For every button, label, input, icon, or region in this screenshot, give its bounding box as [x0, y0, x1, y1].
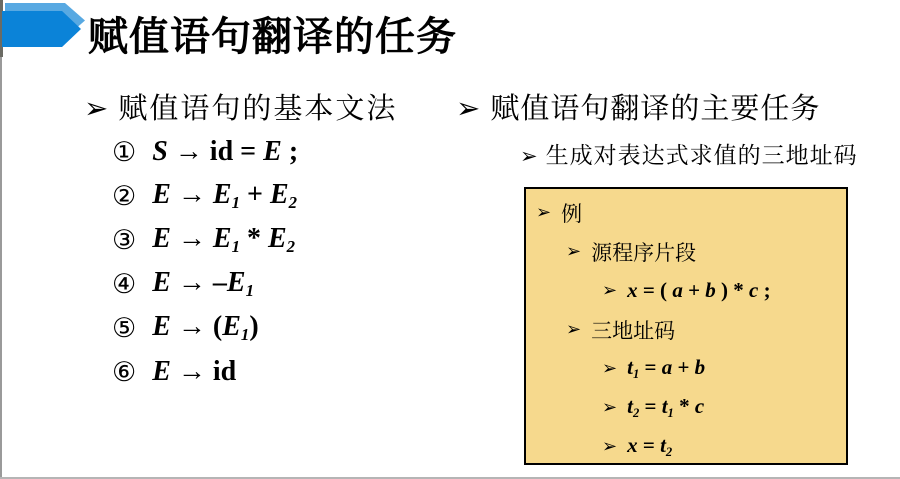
formula-seg: → — [168, 136, 210, 167]
right-subheading-text: 生成对表达式求值的三地址码 — [546, 143, 858, 168]
arrowhead-bullet-icon: ➢ — [602, 280, 617, 301]
example-line: ➢x = t2 — [526, 427, 846, 465]
arrowhead-bullet-icon: ➢ — [602, 358, 617, 379]
formula-seg: x — [627, 278, 638, 302]
production-number: ② — [112, 181, 136, 212]
formula-seg: = — [639, 394, 661, 418]
formula-seg: * — [674, 394, 695, 418]
formula-seg: → — [171, 267, 213, 298]
formula-seg: a — [672, 278, 683, 302]
formula-seg: 1 — [246, 281, 254, 300]
arrowhead-bullet-icon: ➢ — [536, 202, 551, 223]
formula-seg: E — [152, 223, 171, 254]
arrowhead-bullet-icon: ➢ — [602, 397, 617, 418]
arrowhead-bullet-icon: ➢ — [84, 93, 108, 125]
formula-seg: = — [639, 355, 661, 379]
formula-seg: 1 — [232, 193, 240, 212]
formula-seg: a — [662, 355, 673, 379]
production-number: ⑥ — [112, 357, 136, 388]
formula-seg: ( — [213, 311, 222, 342]
formula-seg: S — [152, 136, 168, 167]
formula-seg: id — [210, 136, 233, 167]
formula-seg: E — [268, 223, 287, 254]
example-line: ➢t1 = a + b — [526, 349, 846, 388]
production-number: ③ — [112, 225, 136, 256]
example-line-text: x = t2 — [627, 433, 672, 460]
left-heading-text: 赋值语句的基本文法 — [118, 93, 397, 125]
example-line-text: t2 = t1 * c — [627, 394, 704, 421]
formula-seg: 源程序片段 — [591, 241, 696, 265]
formula-seg: E — [222, 311, 241, 342]
production-formula: S → id = E ; — [152, 136, 298, 168]
left-heading: ➢赋值语句的基本文法 — [84, 86, 397, 127]
formula-seg: c — [695, 394, 704, 418]
example-line: ➢t2 = t1 * c — [526, 388, 846, 427]
formula-seg: → — [171, 179, 213, 210]
arrowhead-bullet-icon: ➢ — [566, 319, 581, 340]
formula-seg: E — [152, 267, 171, 298]
formula-seg: ) * — [716, 278, 749, 302]
example-line: ➢三地址码 — [526, 310, 846, 349]
formula-seg: E — [152, 356, 171, 387]
formula-seg: b — [705, 278, 716, 302]
right-subheading: ➢生成对表达式求值的三地址码 — [520, 137, 858, 170]
formula-seg: E — [227, 267, 246, 298]
formula-seg: 三地址码 — [591, 319, 675, 343]
production-formula: E → (E1) — [152, 311, 258, 345]
formula-seg: E — [263, 136, 282, 167]
example-line: ➢例 — [526, 193, 846, 232]
arrowhead-bullet-icon: ➢ — [566, 241, 581, 262]
production-formula: E → id — [152, 356, 236, 388]
production-row: ①S → id = E ; — [112, 130, 298, 174]
formula-seg: x — [627, 433, 638, 457]
production-number: ④ — [112, 269, 136, 300]
formula-seg: → — [171, 223, 213, 254]
slide-title: 赋值语句翻译的任务 — [88, 5, 457, 62]
grammar-productions-list: ①S → id = E ;②E → E1 + E2③E → E1 * E2④E … — [112, 130, 298, 394]
production-number: ⑤ — [112, 313, 136, 344]
formula-seg: + — [240, 179, 270, 210]
example-line-text: x = ( a + b ) * c ; — [627, 278, 771, 303]
formula-seg: + — [672, 355, 694, 379]
example-line-text: t1 = a + b — [627, 355, 705, 382]
example-line: ➢源程序片段 — [526, 232, 846, 271]
formula-seg: 1 — [232, 237, 240, 256]
formula-seg: ) — [249, 311, 258, 342]
formula-seg: = ( — [638, 278, 673, 302]
formula-seg: E — [213, 179, 232, 210]
arrowhead-bullet-icon: ➢ — [602, 436, 617, 457]
formula-seg: = — [638, 433, 660, 457]
formula-seg: ; — [282, 136, 298, 167]
formula-seg: = — [233, 136, 263, 167]
formula-seg: ; — [758, 278, 770, 302]
formula-seg: b — [695, 355, 706, 379]
formula-seg: 2 — [289, 193, 297, 212]
example-line-text: 例 — [561, 198, 582, 228]
example-box: ➢例➢源程序片段➢x = ( a + b ) * c ;➢三地址码➢t1 = a… — [524, 187, 848, 465]
formula-seg: c — [749, 278, 758, 302]
production-row: ⑤E → (E1) — [112, 306, 298, 350]
right-heading-text: 赋值语句翻译的主要任务 — [490, 93, 820, 125]
example-line-text: 源程序片段 — [591, 237, 696, 267]
production-formula: E → E1 + E2 — [152, 179, 297, 213]
example-line-text: 三地址码 — [591, 315, 675, 345]
slide: 赋值语句翻译的任务 ➢赋值语句的基本文法 ①S → id = E ;②E → E… — [0, 0, 900, 479]
formula-seg: id — [213, 356, 236, 387]
production-formula: E → E1 * E2 — [152, 223, 295, 257]
slide-left-edge-line — [0, 0, 2, 479]
formula-seg: → — [171, 311, 213, 342]
formula-seg: E — [152, 179, 171, 210]
formula-seg: 例 — [561, 202, 582, 226]
formula-seg: + — [683, 278, 705, 302]
production-row: ④E → –E1 — [112, 262, 298, 306]
production-row: ②E → E1 + E2 — [112, 174, 298, 218]
formula-seg: * — [240, 223, 268, 254]
production-number: ① — [112, 137, 136, 168]
formula-seg: E — [213, 223, 232, 254]
formula-seg: → — [171, 356, 213, 387]
production-row: ③E → E1 * E2 — [112, 218, 298, 262]
formula-seg: 2 — [666, 445, 672, 459]
example-line: ➢x = ( a + b ) * c ; — [526, 271, 846, 310]
arrowhead-bullet-icon: ➢ — [520, 144, 538, 168]
formula-seg: E — [270, 179, 289, 210]
formula-seg: 2 — [287, 237, 295, 256]
production-formula: E → –E1 — [152, 267, 254, 301]
right-heading: ➢赋值语句翻译的主要任务 — [456, 86, 820, 127]
production-row: ⑥E → id — [112, 350, 298, 394]
formula-seg: – — [213, 267, 227, 298]
arrowhead-bullet-icon: ➢ — [456, 93, 480, 125]
formula-seg: E — [152, 311, 171, 342]
